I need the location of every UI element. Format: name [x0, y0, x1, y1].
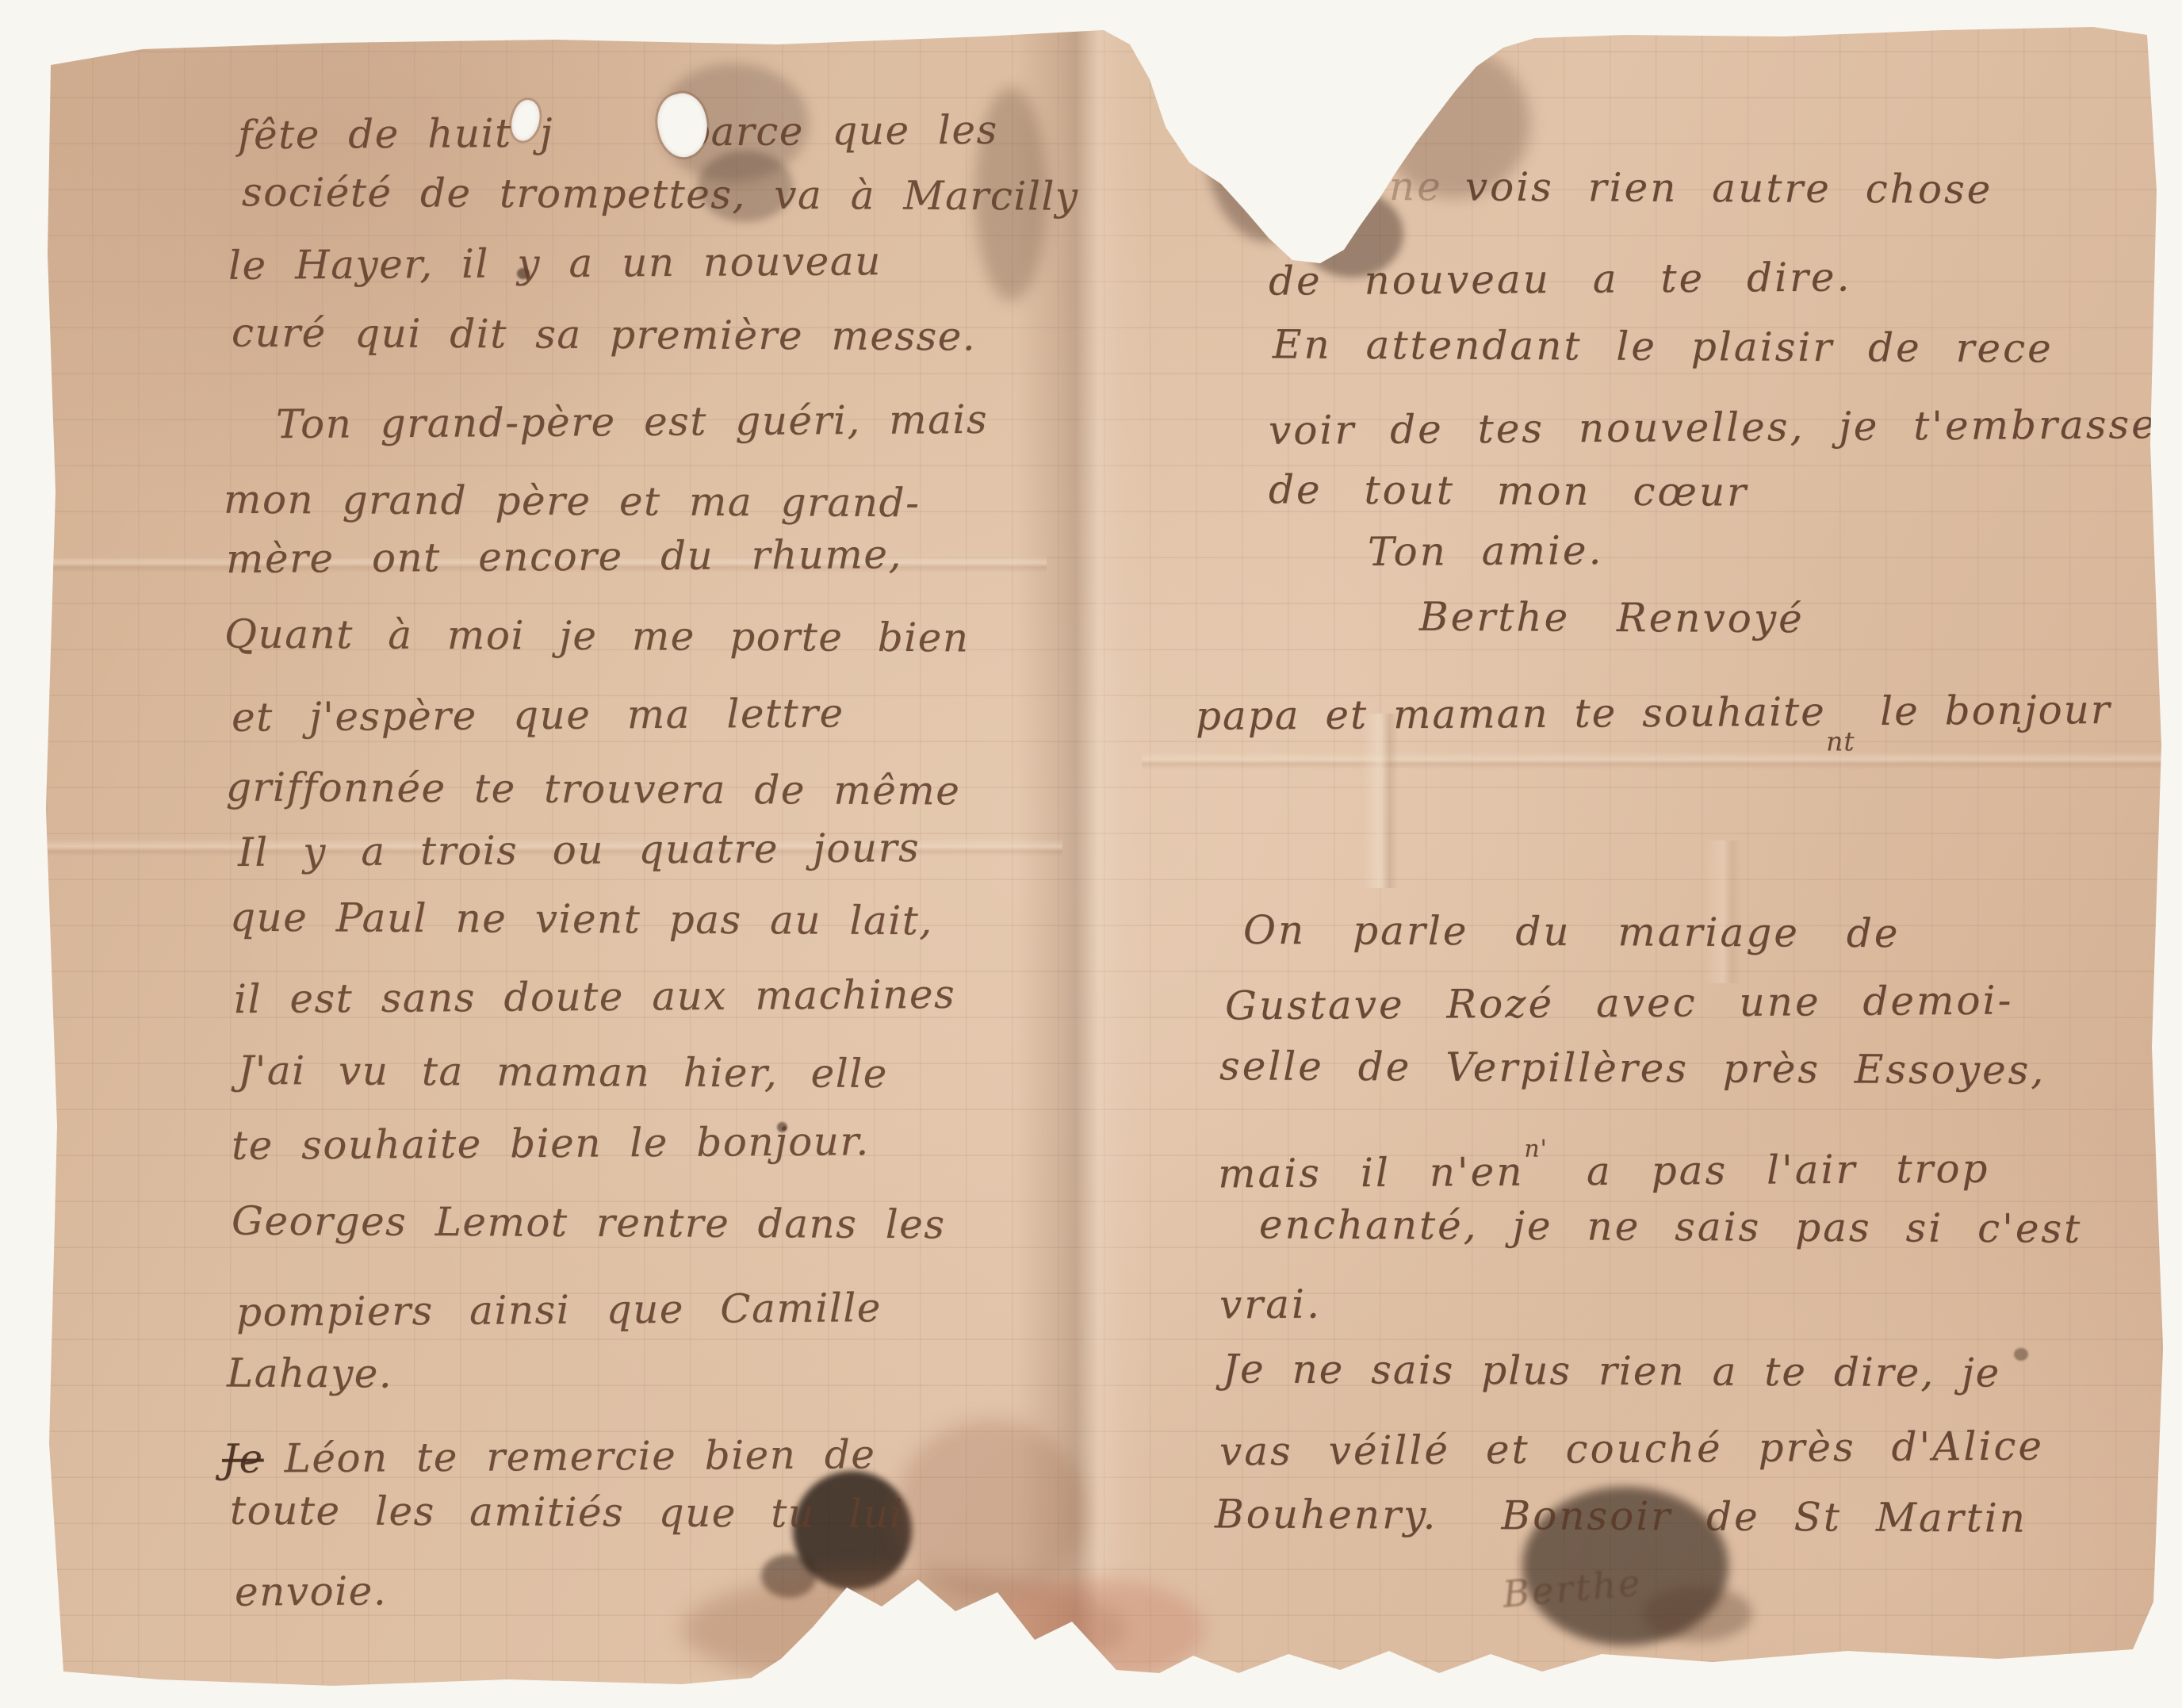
paper-hole-gap — [553, 145, 684, 146]
handwriting-line: pompiers ainsi que Camille — [236, 1286, 882, 1335]
handwriting-line: Ton amie. — [1368, 529, 1604, 574]
handwriting-line: nevois rien autre chose — [1389, 165, 1993, 212]
stain — [896, 1419, 1086, 1602]
faint-word: ne — [1389, 163, 1443, 209]
handwriting-line: toute les amitiés que tu lui — [230, 1489, 904, 1536]
handwriting-line: Il y a trois ou quatre jours — [238, 826, 921, 875]
ink-speck — [2014, 1348, 2028, 1361]
line-text: parce que les — [684, 107, 998, 155]
handwriting-line: J'ai vu ta maman hier, elle — [238, 1049, 888, 1096]
inserted-word: nt — [1826, 726, 1855, 756]
handwriting-line: de tout mon cœur — [1269, 468, 1748, 514]
letter-paper: fête de huit jparce que les société de t… — [0, 0, 2182, 1708]
line-text: papa et maman te souhaite — [1196, 688, 1826, 739]
handwriting-line: On parle du mariage de — [1243, 909, 1901, 955]
stain — [983, 1578, 1205, 1681]
handwriting-line: mère ont encore du rhume, — [226, 533, 902, 581]
line-text: mais il n'en — [1218, 1149, 1525, 1197]
handwriting-line: société de trompettes, va à Marcilly — [242, 170, 1079, 219]
tear-shadow — [1205, 44, 1332, 242]
line-text: Bonsoir de St Martin — [1501, 1492, 2027, 1541]
ink-smudge — [1641, 1586, 1752, 1641]
struck-word: Je — [222, 1436, 264, 1482]
inserted-word: n' — [1524, 1135, 1548, 1162]
handwriting-line: que Paul ne vient pas au lait, — [230, 896, 933, 944]
handwriting-line: le Hayer, il y a un nouveau — [228, 239, 882, 288]
ink-blot — [761, 1554, 817, 1598]
handwriting-line: et j'espère que ma lettre — [232, 691, 844, 739]
center-fold-crease — [1015, 29, 1150, 1674]
stain — [682, 1570, 1126, 1689]
signature: Berthe — [1501, 1562, 1644, 1614]
handwriting-line: En attendant le plaisir de rece — [1273, 323, 2054, 370]
handwriting-line: de nouveau a te dire. — [1269, 255, 1852, 303]
handwriting-line: Ton grand-père est guéri, mais — [276, 398, 988, 446]
handwriting-line: papa et maman te souhaitent le bonjour — [1196, 688, 2111, 760]
handwriting-line: Berthe Renvoyé — [1419, 596, 1805, 641]
line-text: Bouhenry. — [1215, 1491, 1438, 1538]
handwriting-line: griffonnée te trouvera de même — [226, 766, 961, 814]
handwriting-line: Lahaye. — [227, 1351, 393, 1396]
handwriting-line: Gustave Rozé avec une demoi- — [1225, 979, 2014, 1028]
handwriting-line: selle de Verpillères près Essoyes, — [1219, 1044, 2046, 1092]
line-text: fête de huit j — [238, 110, 553, 159]
handwriting-line: il est sans doute aux machines — [234, 973, 956, 1021]
handwriting-line: Bouhenry.Bonsoir de St Martin — [1215, 1492, 2027, 1540]
handwriting-line: Quant à moi je me porte bien — [224, 613, 970, 661]
handwriting-line: voir de tes nouvelles, je t'embrasse — [1269, 403, 2157, 453]
handwriting-line: curé qui dit sa première messe. — [232, 312, 976, 359]
handwriting-line: fête de huit jparce que les — [238, 109, 998, 158]
line-text: le bonjour — [1880, 687, 2111, 734]
handwriting-line: enchanté, je ne sais pas si c'est — [1259, 1203, 2082, 1250]
handwriting-line: Georges Lemot rentre dans les — [232, 1200, 946, 1247]
handwriting-line: envoie. — [235, 1569, 388, 1614]
handwriting-line: mon grand père et ma grand- — [224, 478, 921, 526]
line-text: a pas l'air trop — [1587, 1146, 1990, 1195]
handwriting-line: mais il n'enn' a pas l'air trop — [1218, 1133, 1990, 1197]
handwriting-line: JeLéon te remercie bien de — [222, 1433, 876, 1481]
line-text: Léon te remercie bien de — [284, 1431, 875, 1481]
handwriting-line: vas véillé et couché près d'Alice — [1219, 1424, 2044, 1473]
line-text: vois rien autre chose — [1465, 164, 1993, 213]
handwriting-line: te souhaite bien le bonjour. — [232, 1120, 870, 1168]
handwriting-line: Je ne sais plus rien a te dire, je — [1223, 1347, 2000, 1395]
handwriting-line: vrai. — [1219, 1283, 1322, 1327]
